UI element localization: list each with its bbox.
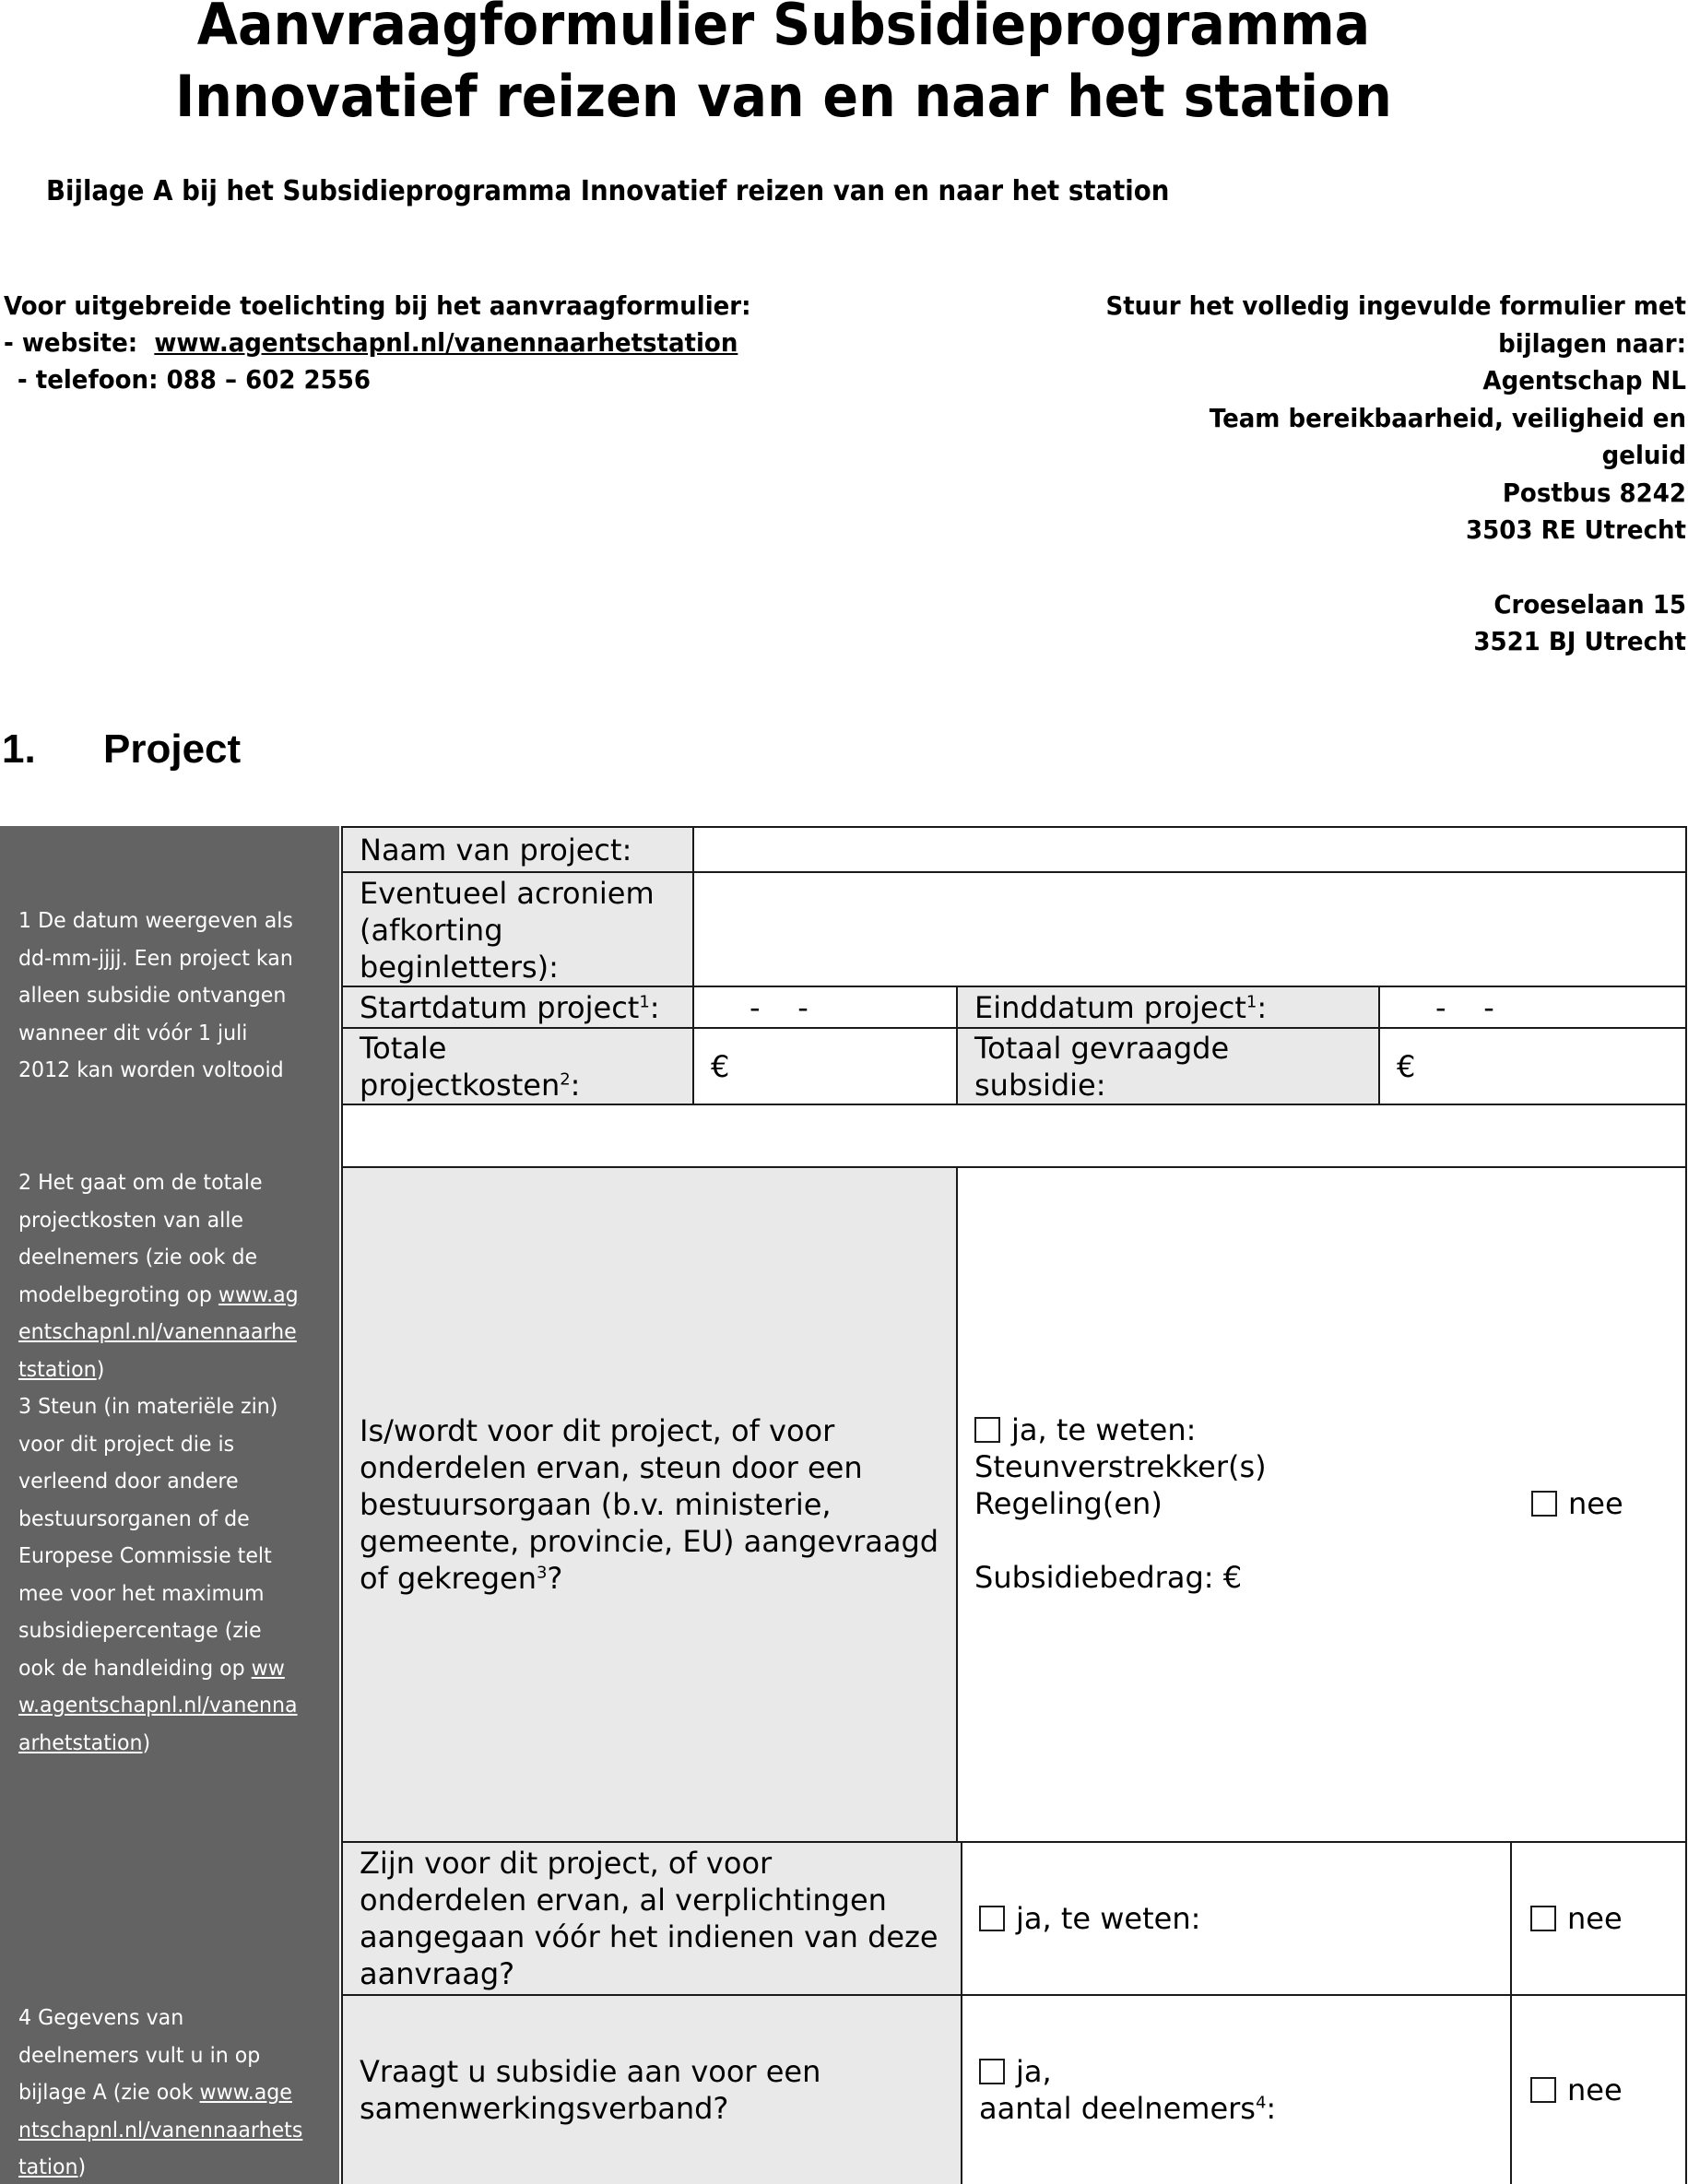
support-no-option[interactable]: nee: [1531, 1485, 1623, 1522]
partnership-count-label: aantal deelnemers: [979, 2091, 1256, 2126]
contact-phone: - telefoon: 088 – 602 2556: [4, 361, 751, 398]
support-no-label: nee: [1568, 1486, 1623, 1521]
footnote-4: 4 Gegevens van deelnemers vult u in op b…: [18, 1999, 304, 2184]
commitments-no-option[interactable]: nee: [1510, 1841, 1687, 1996]
section-heading: 1.Project: [2, 726, 241, 773]
form-title-line2: Innovatief reizen van en naar het statio…: [63, 65, 1505, 129]
address-line: 3503 RE Utrecht: [1034, 512, 1686, 549]
total-costs-label: Totale projectkosten2:: [341, 1027, 694, 1105]
address-line: geluid: [1034, 437, 1686, 475]
start-date-label-text: Startdatum project: [360, 990, 639, 1025]
address-line: Stuur het volledig ingevulde formulier m…: [1034, 288, 1686, 325]
start-date-field[interactable]: - -: [692, 986, 958, 1029]
commitments-yes-option[interactable]: ja, te weten:: [961, 1841, 1512, 1996]
spacer-row: [341, 1104, 1687, 1168]
footnote-1: 1 De datum weergeven als dd-mm-jjjj. Een…: [18, 902, 304, 1089]
address-line: Team bereikbaarheid, veiligheid en: [1034, 400, 1686, 438]
website-label: - website:: [4, 327, 137, 358]
form-title-line1: Aanvraagformulier Subsidieprogramma: [63, 0, 1505, 57]
footnote-2: 2 Het gaat om de totale projectkosten va…: [18, 1163, 304, 1387]
support-schemes-label: Regeling(en): [974, 1485, 1267, 1522]
footnote-ref-4: 4: [1256, 2093, 1266, 2112]
partnership-yes-option[interactable]: ja, aantal deelnemers4:: [961, 1994, 1512, 2184]
checkbox-icon[interactable]: [979, 1906, 1005, 1931]
address-line: Agentschap NL: [1034, 362, 1686, 400]
section-title: Project: [103, 726, 241, 772]
contact-website: - website: www.agentschapnl.nl/vanennaar…: [4, 325, 751, 361]
footnote-ref-2: 2: [560, 1069, 570, 1089]
support-yes-label: ja, te weten:: [1011, 1412, 1196, 1447]
partnership-no-label: nee: [1567, 2072, 1623, 2107]
visit-address-line: Croeselaan 15: [1034, 586, 1686, 624]
section-number: 1.: [2, 726, 103, 773]
form-subtitle: Bijlage A bij het Subsidieprogramma Inno…: [46, 175, 1169, 207]
requested-subsidy-field[interactable]: €: [1378, 1027, 1687, 1105]
support-question: Is/wordt voor dit project, of voor onder…: [341, 1166, 958, 1843]
footnote-3-end: ): [143, 1729, 151, 1755]
end-date-label-text: Einddatum project: [974, 990, 1246, 1025]
checkbox-icon[interactable]: [1530, 1906, 1556, 1931]
footnote-2-end: ): [97, 1356, 105, 1382]
commitments-yes-label: ja, te weten:: [1016, 1901, 1200, 1936]
footnote-sidebar: 1 De datum weergeven als dd-mm-jjjj. Een…: [0, 826, 339, 2184]
partnership-yes-label: ja,: [1016, 2054, 1052, 2089]
support-question-text: Is/wordt voor dit project, of voor onder…: [360, 1413, 938, 1596]
footnote-3-text: 3 Steun (in materiële zin) voor dit proj…: [18, 1393, 277, 1681]
support-amount-field[interactable]: Subsidiebedrag: €: [974, 1559, 1267, 1596]
website-link[interactable]: www.agentschapnl.nl/vanennaarhetstation: [154, 327, 738, 358]
end-date-label: Einddatum project1:: [956, 986, 1380, 1029]
visit-address-line: 3521 BJ Utrecht: [1034, 623, 1686, 661]
footnote-4-end: ): [78, 2154, 87, 2179]
mailing-address: Stuur het volledig ingevulde formulier m…: [1034, 288, 1686, 661]
contact-intro: Voor uitgebreide toelichting bij het aan…: [4, 288, 751, 325]
address-line: bijlagen naar:: [1034, 325, 1686, 363]
checkbox-icon[interactable]: [1530, 2077, 1556, 2103]
contact-info: Voor uitgebreide toelichting bij het aan…: [4, 288, 751, 398]
acronym-field[interactable]: [692, 871, 1687, 987]
partnership-question: Vraagt u subsidie aan voor een samenwerk…: [341, 1994, 962, 2184]
support-yes-option[interactable]: ja, te weten:: [974, 1411, 1267, 1448]
footnote-ref-1: 1: [1246, 992, 1257, 1011]
total-costs-label-text: Totale projectkosten: [360, 1031, 560, 1103]
project-name-field[interactable]: [692, 826, 1687, 873]
project-name-label: Naam van project:: [341, 826, 694, 873]
commitments-no-label: nee: [1567, 1901, 1623, 1936]
support-answer: ja, te weten: Steunverstrekker(s) Regeli…: [956, 1166, 1687, 1843]
footnote-ref-3: 3: [537, 1563, 547, 1582]
end-date-field[interactable]: - -: [1378, 986, 1687, 1029]
start-date-label: Startdatum project1:: [341, 986, 694, 1029]
support-providers-label: Steunverstrekker(s): [974, 1448, 1267, 1485]
checkbox-icon[interactable]: [1531, 1491, 1557, 1517]
footnote-ref-1: 1: [639, 992, 649, 1011]
address-line: Postbus 8242: [1034, 475, 1686, 513]
partnership-no-option[interactable]: nee: [1510, 1994, 1687, 2184]
commitments-question: Zijn voor dit project, of voor onderdele…: [341, 1841, 962, 1996]
checkbox-icon[interactable]: [979, 2059, 1005, 2084]
total-costs-field[interactable]: €: [692, 1027, 958, 1105]
acronym-label: Eventueel acroniem (afkorting beginlette…: [341, 871, 694, 987]
requested-subsidy-label: Totaal gevraagde subsidie:: [956, 1027, 1380, 1105]
checkbox-icon[interactable]: [974, 1417, 1000, 1443]
footnote-3: 3 Steun (in materiële zin) voor dit proj…: [18, 1387, 304, 1761]
